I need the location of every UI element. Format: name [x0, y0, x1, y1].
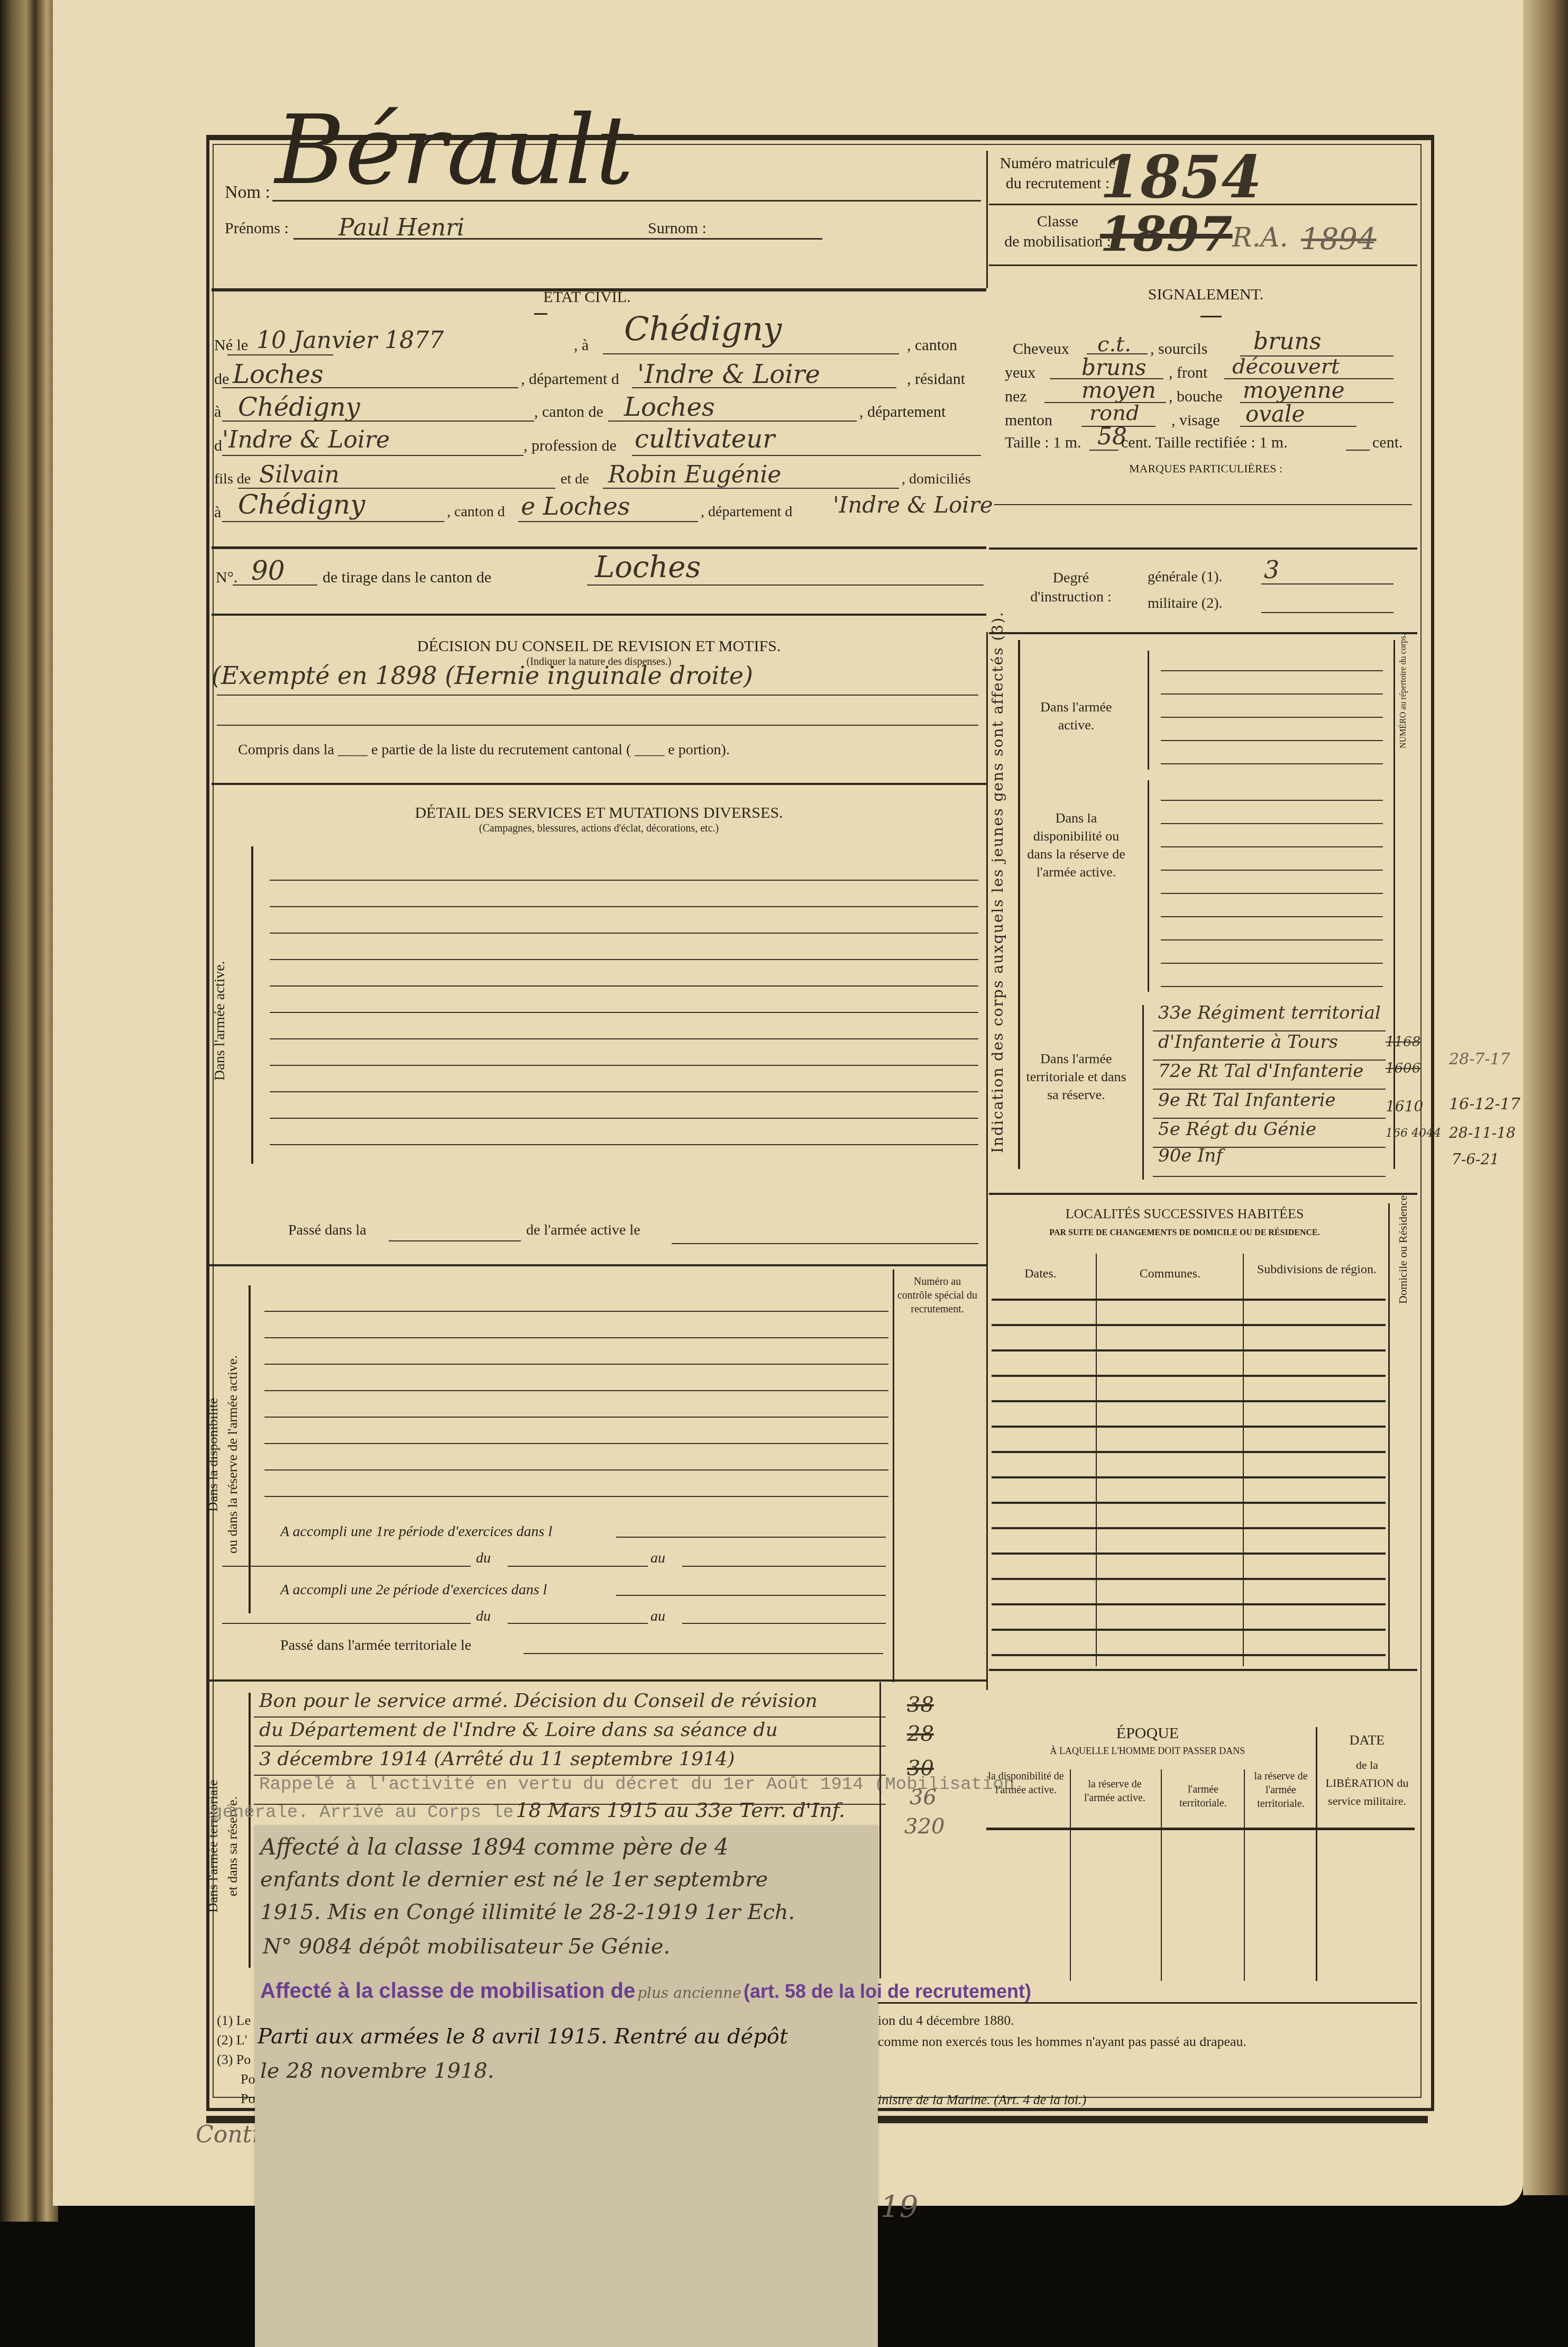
- service-lines-active: [270, 854, 978, 1150]
- ne-le-line: [227, 354, 333, 355]
- territoriale-entry-date: 7-6-21: [1452, 1150, 1499, 1168]
- periode1-du-line-a: [222, 1566, 471, 1567]
- departement-label: , département d: [521, 370, 619, 388]
- front-label: , front: [1169, 364, 1207, 382]
- footnote-1: (1) Le: [217, 2013, 251, 2029]
- mutation-rule-2: [254, 1746, 886, 1747]
- a-label: , à: [574, 336, 589, 354]
- disponibilite-bottom-rule: [206, 1679, 986, 1682]
- corps-vertical-label: Indication des corps auxquels les jeunes…: [989, 672, 1006, 1153]
- canton-parents-line: [518, 521, 698, 522]
- localites-subtitle: PAR SUITE DE CHANGEMENTS DE DOMICILE OU …: [989, 1228, 1380, 1238]
- numero-repertoire-divider: [1393, 640, 1395, 1169]
- mutation-line-1: Bon pour le service armé. Décision du Co…: [259, 1690, 818, 1712]
- disponibilite-vertical-label-2: ou dans la réserve de l'armée active.: [225, 1322, 241, 1587]
- tirage-canton-label: de tirage dans le canton de: [323, 569, 491, 587]
- de-armee-active-label: de l'armée active le: [526, 1222, 640, 1239]
- taille-line: [1089, 450, 1118, 451]
- et-de-label: et de: [561, 471, 589, 488]
- canton-de-label: , canton de: [534, 403, 603, 421]
- tirage-bottom-rule: [212, 614, 986, 616]
- decision-title: DÉCISION DU CONSEIL DE REVISION ET MOTIF…: [212, 637, 986, 655]
- date-liberation-sub: de la LIBÉRATION du service militaire.: [1322, 1756, 1412, 1810]
- visage-label: , visage: [1171, 412, 1220, 430]
- de-armee-active-line: [672, 1243, 978, 1244]
- mere-value: Robin Eugénie: [608, 461, 781, 488]
- margin-number-5: 320: [904, 1814, 945, 1839]
- footnote-1-end: ion du 4 décembre 1880.: [878, 2013, 1014, 2029]
- nom-line: [272, 200, 981, 202]
- margin-number-4: 36: [910, 1785, 937, 1810]
- periode2-du-line-a: [222, 1623, 471, 1624]
- mutation-typed-1: Rappelé à l'activité en vertu du décret …: [259, 1775, 1014, 1795]
- passe-dans-la-label: Passé dans la: [288, 1222, 366, 1239]
- de-label: de: [214, 370, 229, 388]
- canton-parents-value: e Loches: [521, 492, 630, 520]
- taille-cent2-label: cent.: [1372, 434, 1402, 452]
- territoriale-vertical-label-2: et dans sa réserve.: [225, 1761, 241, 1931]
- margin-number-3: 30: [907, 1756, 934, 1780]
- corps-disponibilite-brace: [1148, 780, 1149, 992]
- corps-territoriale-label: Dans l'armée territoriale et dans sa rés…: [1023, 1050, 1129, 1104]
- slip-line-3: 1915. Mis en Congé illimité le 28-2-1919…: [260, 1900, 795, 1924]
- right-column-divider: [986, 632, 988, 1690]
- epoque-col-divider-2: [1161, 1769, 1162, 1981]
- territoriale-entry-date: 28-11-18: [1449, 1124, 1516, 1141]
- localites-domicile-divider: [1388, 1203, 1390, 1669]
- localites-bottom-rule: [989, 1669, 1417, 1671]
- decision-bottom-rule: [212, 783, 986, 785]
- d-label: d: [214, 437, 222, 455]
- periode2-au-line: [682, 1623, 886, 1624]
- profession-label: , profession de: [524, 437, 617, 455]
- numero-repertoire-label: NUMÉRO au répertoire du corps.: [1399, 643, 1408, 748]
- slip-stamp-hand: plus ancienne: [637, 1984, 741, 2002]
- signalement-bottom-rule: [989, 547, 1417, 550]
- fils-de-label: fils de: [214, 471, 251, 488]
- epoque-col-divider-1: [1070, 1769, 1071, 1981]
- armee-active-bottom-rule: [206, 1264, 986, 1266]
- nez-value: moyen: [1081, 377, 1156, 403]
- marques-label: MARQUES PARTICULIÈRES :: [1047, 462, 1364, 476]
- periode1-du-line: [508, 1566, 648, 1567]
- corps-disponibilite-label: Dans la disponibilité ou dans la réserve…: [1023, 809, 1129, 881]
- periode1-du-label: du: [476, 1550, 491, 1567]
- footnote-2-end: comme non exercés tous les hommes n'ayan…: [878, 2034, 1246, 2050]
- prenoms-label: Prénoms :: [225, 220, 289, 238]
- periode1-line: [616, 1537, 886, 1538]
- canton-residence-line: [608, 421, 857, 422]
- tirage-numero-line: [233, 585, 317, 586]
- epoque-col-territoriale: l'armée territoriale.: [1163, 1783, 1243, 1810]
- decision-line-2: [217, 725, 978, 726]
- epoque-col-divider-3: [1244, 1769, 1245, 1981]
- services-subtitle: (Campagnes, blessures, actions d'éclat, …: [212, 823, 986, 835]
- disponibilite-vertical-label-1: Dans la disponibilité: [205, 1344, 221, 1566]
- departement3-label: , département d: [701, 504, 792, 520]
- territoriale-entry-numero: 166 4044: [1386, 1127, 1441, 1140]
- epoque-col-reserve-territoriale: la réserve de l'armée territoriale.: [1246, 1769, 1315, 1811]
- instruction-militaire-line: [1261, 612, 1393, 613]
- departement-residence-line: [222, 455, 524, 456]
- yeux-value: bruns: [1081, 354, 1147, 380]
- corps-armee-active-label: Dans l'armée active.: [1023, 698, 1129, 734]
- domicile-parents-line: [222, 521, 444, 522]
- instruction-generale-line: [1261, 583, 1393, 585]
- periode1-label: A accompli une 1re période d'exercices d…: [280, 1523, 552, 1540]
- instruction-label: Degré d'instruction :: [1005, 569, 1137, 607]
- passe-territoriale-line: [524, 1653, 883, 1654]
- periode2-du-label: du: [476, 1608, 491, 1625]
- compris-label: Compris dans la ____ e partie de la list…: [238, 742, 730, 759]
- date-liberation-title: DATE: [1319, 1732, 1415, 1748]
- canton-de2-label: , canton d: [447, 504, 505, 520]
- yeux-label: yeux: [1005, 364, 1035, 382]
- header-divider: [986, 151, 988, 288]
- margin-number-2: 28: [907, 1722, 934, 1746]
- margin-number-1: 38: [907, 1693, 934, 1717]
- profession-line: [632, 455, 981, 456]
- instruction-generale-value: 3: [1264, 555, 1279, 584]
- canton-label: , canton: [907, 336, 957, 354]
- instruction-bottom-rule: [989, 632, 1417, 634]
- passe-territoriale-label: Passé dans l'armée territoriale le: [280, 1637, 471, 1654]
- domicilies-label: , domiciliés: [902, 471, 971, 488]
- a2-label: à: [214, 403, 221, 421]
- localites-col-dates: Dates.: [989, 1267, 1092, 1281]
- mutation-typed-2-hand: 18 Mars 1915 au 33e Terr. d'Inf.: [516, 1798, 845, 1822]
- marques-line-1: [994, 504, 1412, 505]
- a3-label: à: [214, 504, 221, 522]
- pere-line: [238, 488, 555, 489]
- departement2-label: , département: [859, 403, 946, 421]
- localites-col-communes: Communes.: [1097, 1267, 1243, 1281]
- periode2-au-label: au: [650, 1608, 665, 1625]
- domicile-parents-value: Chédigny: [238, 489, 365, 520]
- menton-label: menton: [1005, 412, 1052, 430]
- etat-civil-dash: [534, 313, 547, 315]
- matricule-value: 1854: [1100, 143, 1262, 211]
- signalement-dash: [1200, 316, 1222, 317]
- corps-armee-active-lines: [1161, 648, 1383, 775]
- cont-note: Contr: [196, 2121, 263, 2148]
- footnote-5-end: inistre de la Marine. (Art. 4 de la loi.…: [878, 2092, 1086, 2108]
- footnote-4: Po: [241, 2071, 255, 2087]
- profession-value: cultivateur: [635, 424, 775, 454]
- lieu-line: [603, 353, 899, 354]
- bouche-value: moyenne: [1243, 377, 1345, 403]
- canton-residence-value: Loches: [624, 392, 715, 422]
- territoriale-entry-date: 28-7-17: [1449, 1050, 1510, 1069]
- nom-value: Bérault: [275, 103, 634, 198]
- decision-line-1: [217, 695, 978, 696]
- slip-stamp-row: Affecté à la classe de mobilisation de p…: [260, 1979, 1031, 2003]
- services-title: DÉTAIL DES SERVICES ET MUTATIONS DIVERSE…: [212, 804, 986, 822]
- degre-label: Degré: [1005, 569, 1137, 588]
- slip-line-6: le 28 novembre 1918.: [260, 2059, 494, 2083]
- header-rule-2: [989, 264, 1417, 266]
- slip-stamp-prefix: Affecté à la classe de mobilisation de: [260, 1979, 635, 2003]
- visage-line: [1240, 426, 1356, 427]
- mutation-line-3: 3 décembre 1914 (Arrêté du 11 septembre …: [259, 1748, 735, 1770]
- slip-line-5: Parti aux armées le 8 avril 1915. Rentré…: [258, 2024, 788, 2049]
- mutation-rule-4: [254, 1804, 886, 1805]
- territoriale-entry-numero: 1606: [1386, 1061, 1420, 1076]
- disponibilite-brace: [249, 1285, 251, 1613]
- departement-line: [632, 387, 896, 388]
- signalement-title: SIGNALEMENT.: [1047, 286, 1364, 304]
- corps-armee-active-brace: [1148, 651, 1149, 770]
- etat-civil-bottom-rule: [212, 546, 986, 549]
- margin-numbers-divider: [879, 1682, 881, 1978]
- armee-active-vertical-label: Dans l'armée active.: [212, 915, 228, 1127]
- territoriale-entry-date: 16-12-17: [1449, 1095, 1520, 1113]
- classe-annotation: R.A.: [1232, 222, 1288, 253]
- localites-rows: [992, 1299, 1386, 1669]
- footnote-3: (3) Po: [217, 2052, 251, 2068]
- bouche-label: , bouche: [1169, 388, 1223, 406]
- epoque-col-disponibilite: la disponibilité de l'armée active.: [986, 1769, 1066, 1797]
- book-right-edge: [1523, 0, 1568, 2195]
- pere-value: Silvain: [259, 461, 340, 488]
- numero-controle-label: Numéro au contrôle spécial du recrutemen…: [896, 1275, 978, 1316]
- periode2-label: A accompli une 2e période d'exercices da…: [280, 1582, 547, 1599]
- localites-domicile-label: Domicile ou Résidence.: [1396, 1209, 1410, 1304]
- book-left-edge: [0, 0, 58, 2222]
- epoque-date-divider: [1316, 1727, 1317, 1981]
- footnote-5: Po: [241, 2091, 255, 2107]
- canton-value: Loches: [233, 360, 324, 389]
- instruction-label-2: d'instruction :: [1005, 588, 1137, 607]
- lieu-naissance-value: Chédigny: [624, 309, 782, 348]
- periode2-du-line: [508, 1623, 648, 1624]
- taille-label: Taille : 1 m.: [1005, 434, 1081, 452]
- mutation-rule-1: [254, 1716, 886, 1718]
- classe-struck-value: 1897: [1100, 206, 1233, 262]
- territoriale-entry-numero: 1610: [1386, 1098, 1423, 1115]
- decision-text: (Exempté en 1898 (Hernie inguinale droit…: [212, 661, 753, 690]
- mutation-line-2: du Département de l'Indre & Loire dans s…: [259, 1719, 778, 1741]
- localites-col-subdivisions: Subdivisions de région.: [1245, 1262, 1388, 1277]
- epoque-subtitle: À LAQUELLE L'HOMME DOIT PASSER DANS: [984, 1746, 1312, 1757]
- taille-rectifiee-line: [1346, 450, 1370, 451]
- instruction-generale-label: générale (1).: [1148, 569, 1222, 586]
- residence-line: [222, 421, 534, 422]
- numero-controle-divider: [893, 1270, 894, 1682]
- residence-value: Chédigny: [238, 392, 360, 422]
- tirage-numero-value: 90: [251, 555, 285, 586]
- slip-line-1: Affecté à la classe 1894 comme père de 4: [260, 1834, 729, 1860]
- slip-stamp-suffix: (art. 58 de la loi de recrutement): [744, 1980, 1031, 2002]
- menton-value: rond: [1089, 401, 1140, 425]
- instruction-militaire-label: militaire (2).: [1148, 595, 1223, 612]
- departement-residence-value: 'Indre & Loire: [222, 426, 390, 453]
- periode1-au-label: au: [650, 1550, 665, 1567]
- sourcils-value: bruns: [1253, 328, 1321, 355]
- tirage-canton-line: [587, 585, 984, 586]
- departement-parents-value: 'Indre & Loire: [833, 492, 993, 518]
- mutation-typed-2: générale. Arrivé au Corps le: [212, 1803, 514, 1823]
- etat-civil-title: ÉTAT CIVIL.: [455, 288, 719, 306]
- surnom-label: Surnom :: [648, 220, 707, 238]
- pasted-slip: Affecté à la classe 1894 comme père de 4…: [255, 1826, 878, 2347]
- front-value: découvert: [1232, 354, 1340, 379]
- departement-value: 'Indre & Loire: [637, 360, 820, 389]
- visage-value: ovale: [1245, 401, 1305, 427]
- passe-dans-la-line: [389, 1240, 521, 1241]
- classe-new-value: 1894: [1301, 222, 1377, 257]
- taille-cent-label: cent. Taille rectifiée : 1 m.: [1121, 434, 1288, 452]
- service-lines-disponibilite: [264, 1285, 888, 1508]
- epoque-col-reserve-active: la réserve de l'armée active.: [1072, 1777, 1157, 1805]
- localites-title: LOCALITÉS SUCCESSIVES HABITÉES: [989, 1206, 1380, 1222]
- territoriale-vertical-label-1: Dans l'armée territoriale: [205, 1746, 221, 1947]
- nom-label: Nom :: [225, 182, 270, 203]
- corps-territoriale-brace: [1142, 1005, 1144, 1180]
- periode1-au-line: [682, 1566, 886, 1567]
- tirage-no-label: N°.: [216, 569, 237, 587]
- mutation-typed-2-row: générale. Arrivé au Corps le 18 Mars 191…: [212, 1798, 845, 1823]
- corps-label-divider: [1018, 640, 1020, 1169]
- canton-line: [222, 387, 518, 388]
- corps-territoriale-lines: [1153, 1002, 1386, 1177]
- armee-active-brace: [251, 846, 253, 1164]
- ne-le-label: Né le: [214, 336, 248, 354]
- slip-line-2: enfants dont le dernier est né le 1er se…: [260, 1867, 768, 1892]
- nez-label: nez: [1005, 388, 1027, 406]
- tirage-canton-value: Loches: [595, 550, 701, 585]
- mere-line: [603, 488, 899, 489]
- cheveux-label: Cheveux: [1013, 340, 1069, 358]
- sourcils-label: , sourcils: [1150, 340, 1207, 358]
- epoque-header-rule: [986, 1828, 1415, 1830]
- corps-bottom-rule: [989, 1193, 1417, 1195]
- page-fragment: 19: [881, 2190, 918, 2224]
- periode2-line: [616, 1595, 886, 1596]
- header-rule-1: [989, 204, 1417, 205]
- prenoms-line: [294, 238, 822, 240]
- slip-line-4: N° 9084 dépôt mobilisateur 5e Génie.: [263, 1934, 670, 1959]
- territoriale-brace: [249, 1693, 251, 1968]
- footnote-2: (2) L': [217, 2032, 247, 2048]
- prenoms-value: Paul Henri: [338, 214, 464, 241]
- ne-le-value: 10 Janvier 1877: [256, 327, 444, 354]
- corps-disponibilite-lines: [1161, 778, 1383, 989]
- residant-label: , résidant: [907, 370, 965, 388]
- epoque-title: ÉPOQUE: [984, 1724, 1312, 1742]
- territoriale-entry-numero: 1168: [1386, 1034, 1420, 1050]
